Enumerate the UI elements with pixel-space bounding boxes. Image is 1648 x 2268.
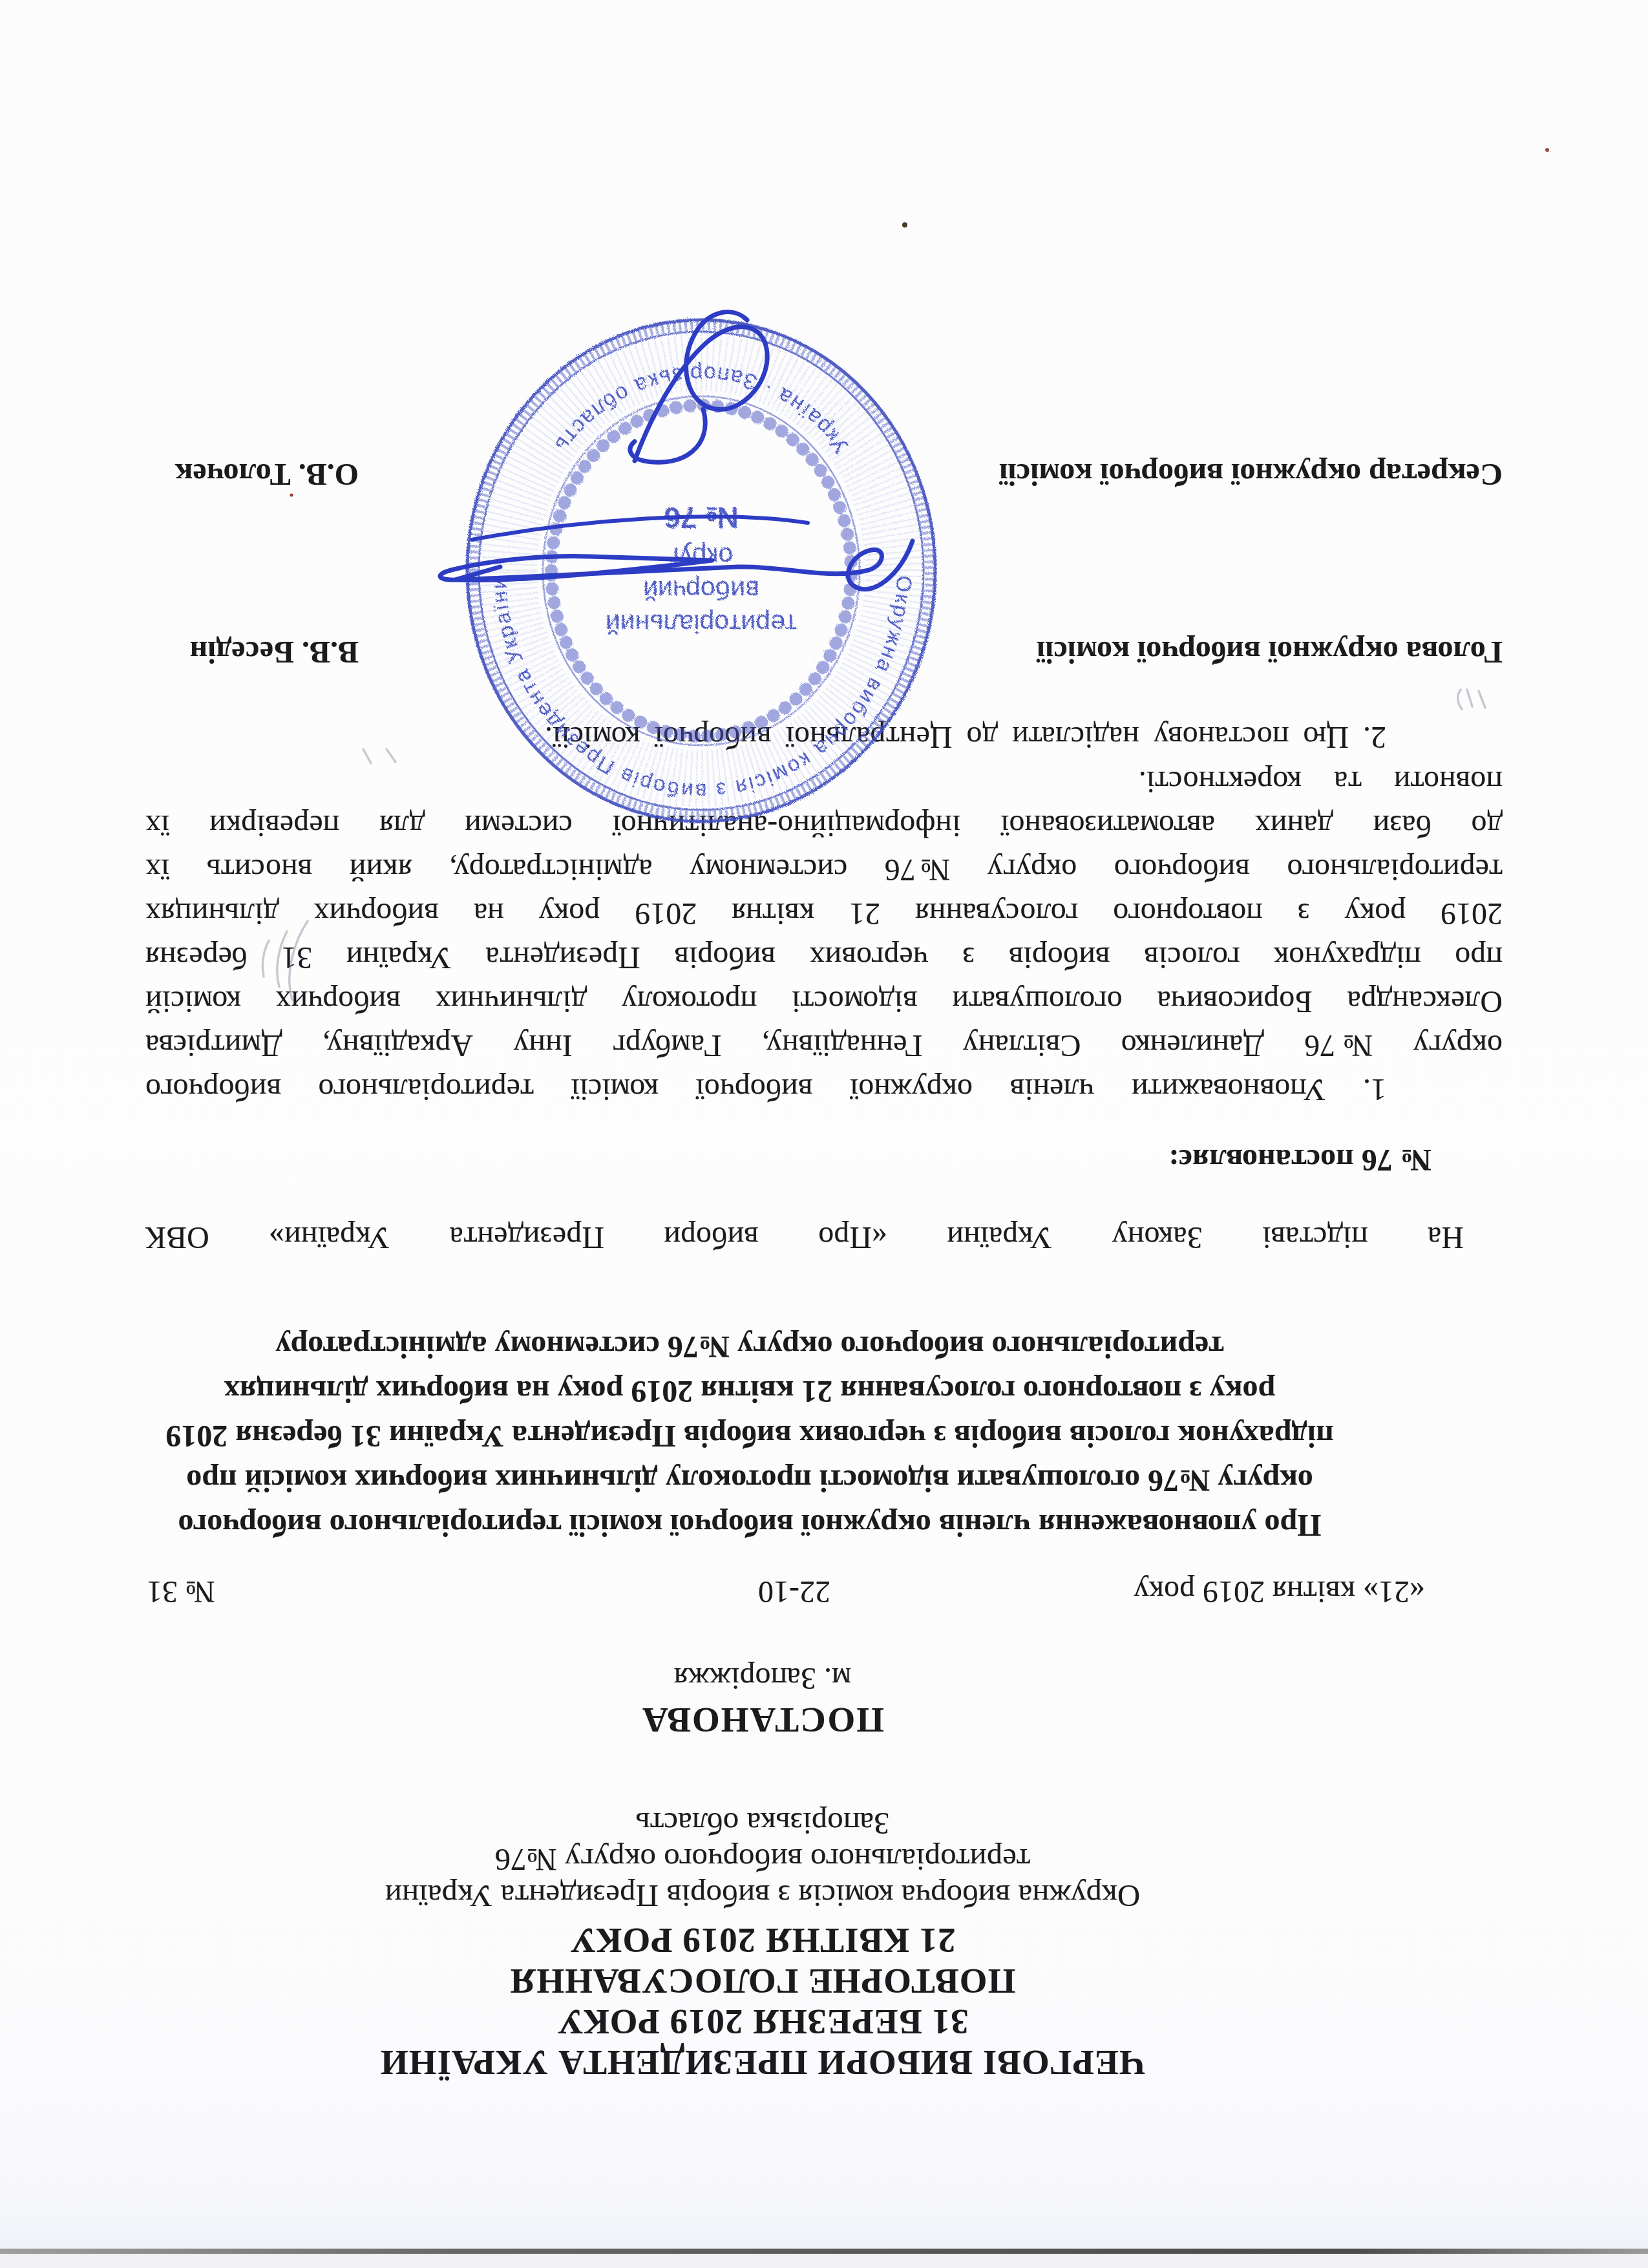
scanned-page: ЧЕРГОВІ ВИБОРИ ПРЕЗИДЕНТА УКРАЇНИ 31 БЕР… bbox=[0, 0, 1648, 2268]
document-number: № 31 bbox=[147, 1572, 215, 1611]
title-line-3: ПОВТОРНЕ ГОЛОСУВАННЯ bbox=[145, 1961, 1380, 2002]
document-type-heading: ПОСТАНОВА bbox=[145, 1699, 1503, 1741]
stamp-center-line-1: територіальний bbox=[606, 609, 797, 639]
org-line-3: Запорізька область bbox=[145, 1805, 1380, 1841]
stamp-center-line-4: № 76 bbox=[664, 501, 738, 535]
org-line-2: територіального виборчого округу №76 bbox=[145, 1841, 1380, 1878]
stamp-center-line-3: округ bbox=[670, 542, 734, 571]
issuing-organization-block: Окружна виборча комісія з виборів Презид… bbox=[145, 1805, 1503, 1914]
date-value: «21» квітня 2019 року bbox=[1134, 1572, 1425, 1611]
scan-edge-line bbox=[0, 2249, 1648, 2254]
resolves-line: № 76 постановляє: bbox=[145, 1137, 1503, 1182]
title-line-2: 31 БЕРЕЗНЯ 2019 РОКУ bbox=[145, 2002, 1380, 2042]
title-line-4: 21 КВІТНЯ 2019 РОКУ bbox=[145, 1920, 1380, 1961]
scan-edge-strip bbox=[0, 2254, 1648, 2268]
stamp-center-line-2: виборчий bbox=[643, 575, 759, 605]
document-title-block: ЧЕРГОВІ ВИБОРИ ПРЕЗИДЕНТА УКРАЇНИ 31 БЕР… bbox=[145, 1920, 1503, 2083]
document-sheet: ЧЕРГОВІ ВИБОРИ ПРЕЗИДЕНТА УКРАЇНИ 31 БЕР… bbox=[0, 0, 1648, 2268]
scan-speck-2 bbox=[1545, 148, 1549, 152]
org-line-1: Окружна виборча комісія з виборів Презид… bbox=[145, 1878, 1380, 1914]
title-line-1: ЧЕРГОВІ ВИБОРИ ПРЕЗИДЕНТА УКРАЇНИ bbox=[145, 2042, 1380, 2083]
preamble-line: На підставі Закону України «Про вибори П… bbox=[145, 1214, 1503, 1260]
signature-name-secretary: О.В. Толочек bbox=[145, 451, 359, 496]
signature-role-head: Голова окружної виборчої комісії bbox=[1037, 629, 1503, 674]
city-line: м. Запоріжжя bbox=[145, 1659, 1503, 1697]
date-row: «21» квітня 2019 року 22-10 № 31 bbox=[145, 1572, 1503, 1611]
signature-name-head: В.В. Беседін bbox=[145, 629, 359, 674]
round-stamp: Окружна виборча комісія з виборів Презид… bbox=[459, 312, 944, 829]
time-value: 22-10 bbox=[758, 1572, 830, 1611]
signature-role-secretary: Секретар окружної виборчої комісії bbox=[999, 451, 1503, 496]
subject-paragraph: Про уповноваження членів окружної виборч… bbox=[145, 1324, 1503, 1547]
scan-speck-1 bbox=[902, 222, 907, 228]
